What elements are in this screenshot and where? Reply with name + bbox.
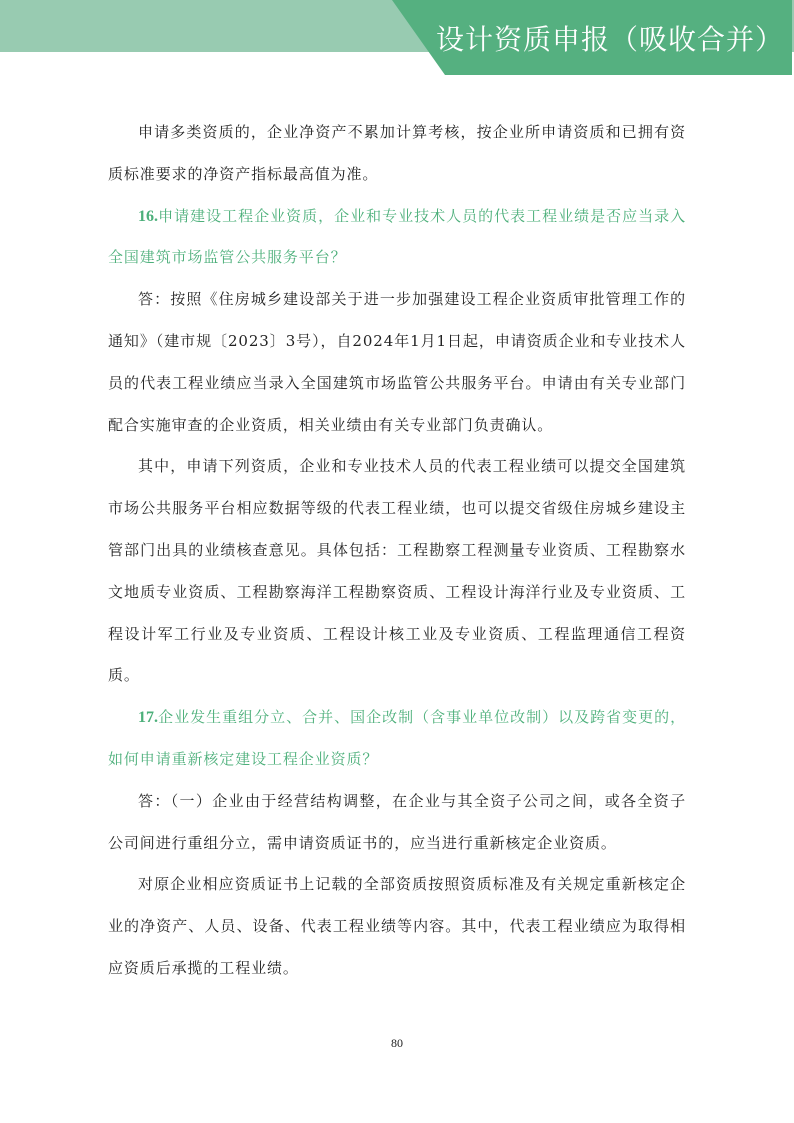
paragraph-text: 对原企业相应资质证书上记载的全部资质按照资质标准及有关规定重新核定企业的净资产、… (108, 875, 686, 977)
question-16: 16.申请建设工程企业资质，企业和专业技术人员的代表工程业绩是否应当录入全国建筑… (108, 196, 686, 280)
answer-16-part-2: 其中，申请下列资质，企业和专业技术人员的代表工程业绩可以提交全国建筑市场公共服务… (108, 446, 686, 697)
paragraph-text: 其中，申请下列资质，企业和专业技术人员的代表工程业绩可以提交全国建筑市场公共服务… (108, 457, 686, 684)
paragraph-text: 答：按照《住房城乡建设部关于进一步加强建设工程企业资质审批管理工作的通知》（建市… (108, 290, 686, 433)
paragraph-net-assets: 申请多类资质的，企业净资产不累加计算考核，按企业所申请资质和已拥有资质标准要求的… (108, 112, 686, 196)
paragraph-text: 申请多类资质的，企业净资产不累加计算考核，按企业所申请资质和已拥有资质标准要求的… (108, 123, 686, 183)
question-number: 16. (138, 208, 158, 225)
answer-17-part-2: 对原企业相应资质证书上记载的全部资质按照资质标准及有关规定重新核定企业的净资产、… (108, 864, 686, 989)
header-title: 设计资质申报（吸收合并） (436, 18, 786, 62)
question-17: 17.企业发生重组分立、合并、国企改制（含事业单位改制）以及跨省变更的，如何申请… (108, 697, 686, 781)
question-number: 17. (138, 709, 158, 726)
question-text: 申请建设工程企业资质，企业和专业技术人员的代表工程业绩是否应当录入全国建筑市场监… (108, 207, 686, 267)
document-body: 申请多类资质的，企业净资产不累加计算考核，按企业所申请资质和已拥有资质标准要求的… (108, 112, 686, 990)
page-number: 80 (0, 1036, 794, 1051)
answer-17-part-1: 答：（一）企业由于经营结构调整，在企业与其全资子公司之间，或各全资子公司间进行重… (108, 781, 686, 865)
question-text: 企业发生重组分立、合并、国企改制（含事业单位改制）以及跨省变更的，如何申请重新核… (108, 708, 686, 768)
paragraph-text: 答：（一）企业由于经营结构调整，在企业与其全资子公司之间，或各全资子公司间进行重… (108, 792, 686, 852)
answer-16-part-1: 答：按照《住房城乡建设部关于进一步加强建设工程企业资质审批管理工作的通知》（建市… (108, 279, 686, 446)
